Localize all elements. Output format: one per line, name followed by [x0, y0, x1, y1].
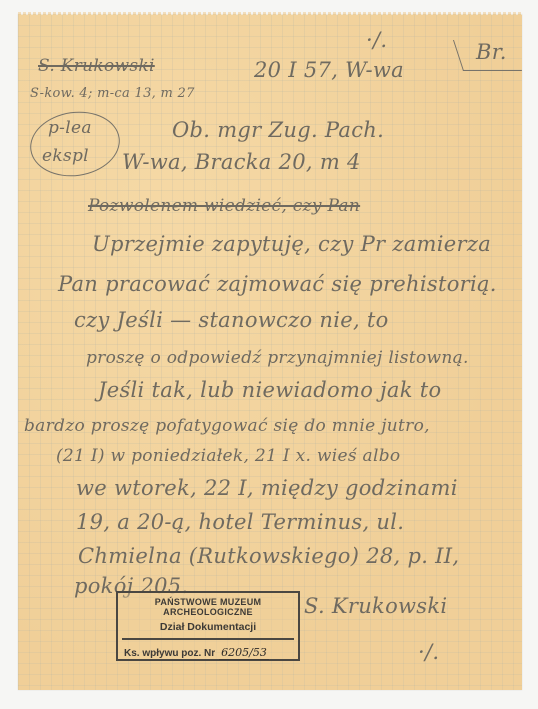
body-line-6: Jeśli tak, lub niewiadomo jak to: [98, 378, 441, 402]
body-line-1: Pozwolenem wiedzieć, czy Pan: [88, 196, 360, 216]
stamp-department: Dział Dokumentacji: [122, 621, 294, 640]
body-line-10: 19, a 20-ą, hotel Terminus, ul.: [76, 510, 404, 534]
page-marker-bottom: ·/.: [418, 640, 439, 664]
body-line-7: bardzo proszę pofatygować się do mnie ju…: [24, 416, 430, 436]
body-line-2: Uprzejmie zapytuję, czy Pr zamierza: [92, 232, 491, 256]
body-line-3: Pan pracować zajmować się prehistorią.: [58, 272, 497, 296]
sender-struck: S. Krukowski: [38, 56, 155, 76]
sender-address: S-kow. 4; m-ca 13, m 27: [30, 86, 195, 101]
archive-stamp: PAŃSTWOWE MUZEUM ARCHEOLOGICZNE Dział Do…: [116, 591, 300, 661]
corner-initials: Br.: [476, 40, 507, 64]
page-marker-top: ·/.: [366, 28, 387, 52]
circled-note-line2: ekspl: [42, 146, 89, 166]
recipient-line2: W-wa, Bracka 20, m 4: [122, 150, 361, 174]
body-line-8: (21 I) w poniedziałek, 21 I x. wieś albo: [56, 446, 400, 466]
body-line-11: Chmielna (Rutkowskiego) 28, p. II,: [78, 544, 459, 568]
date-place: 20 I 57, W-wa: [254, 58, 404, 82]
body-line-9: we wtorek, 22 I, między godzinami: [76, 476, 458, 500]
stamp-entry-number: 6205/53: [219, 646, 269, 660]
signature: S. Krukowski: [304, 594, 447, 618]
recipient-line1: Ob. mgr Zug. Pach.: [172, 118, 384, 142]
body-line-4: czy Jeśli — stanowczo nie, to: [74, 308, 389, 332]
stamp-entry-label: Ks. wpływu poz. Nr: [124, 648, 215, 659]
stamp-institution: PAŃSTWOWE MUZEUM ARCHEOLOGICZNE: [118, 597, 298, 617]
body-line-5: proszę o odpowiedź przynajmniej listowną…: [86, 348, 469, 368]
circled-note-line1: p-lea: [48, 118, 92, 138]
